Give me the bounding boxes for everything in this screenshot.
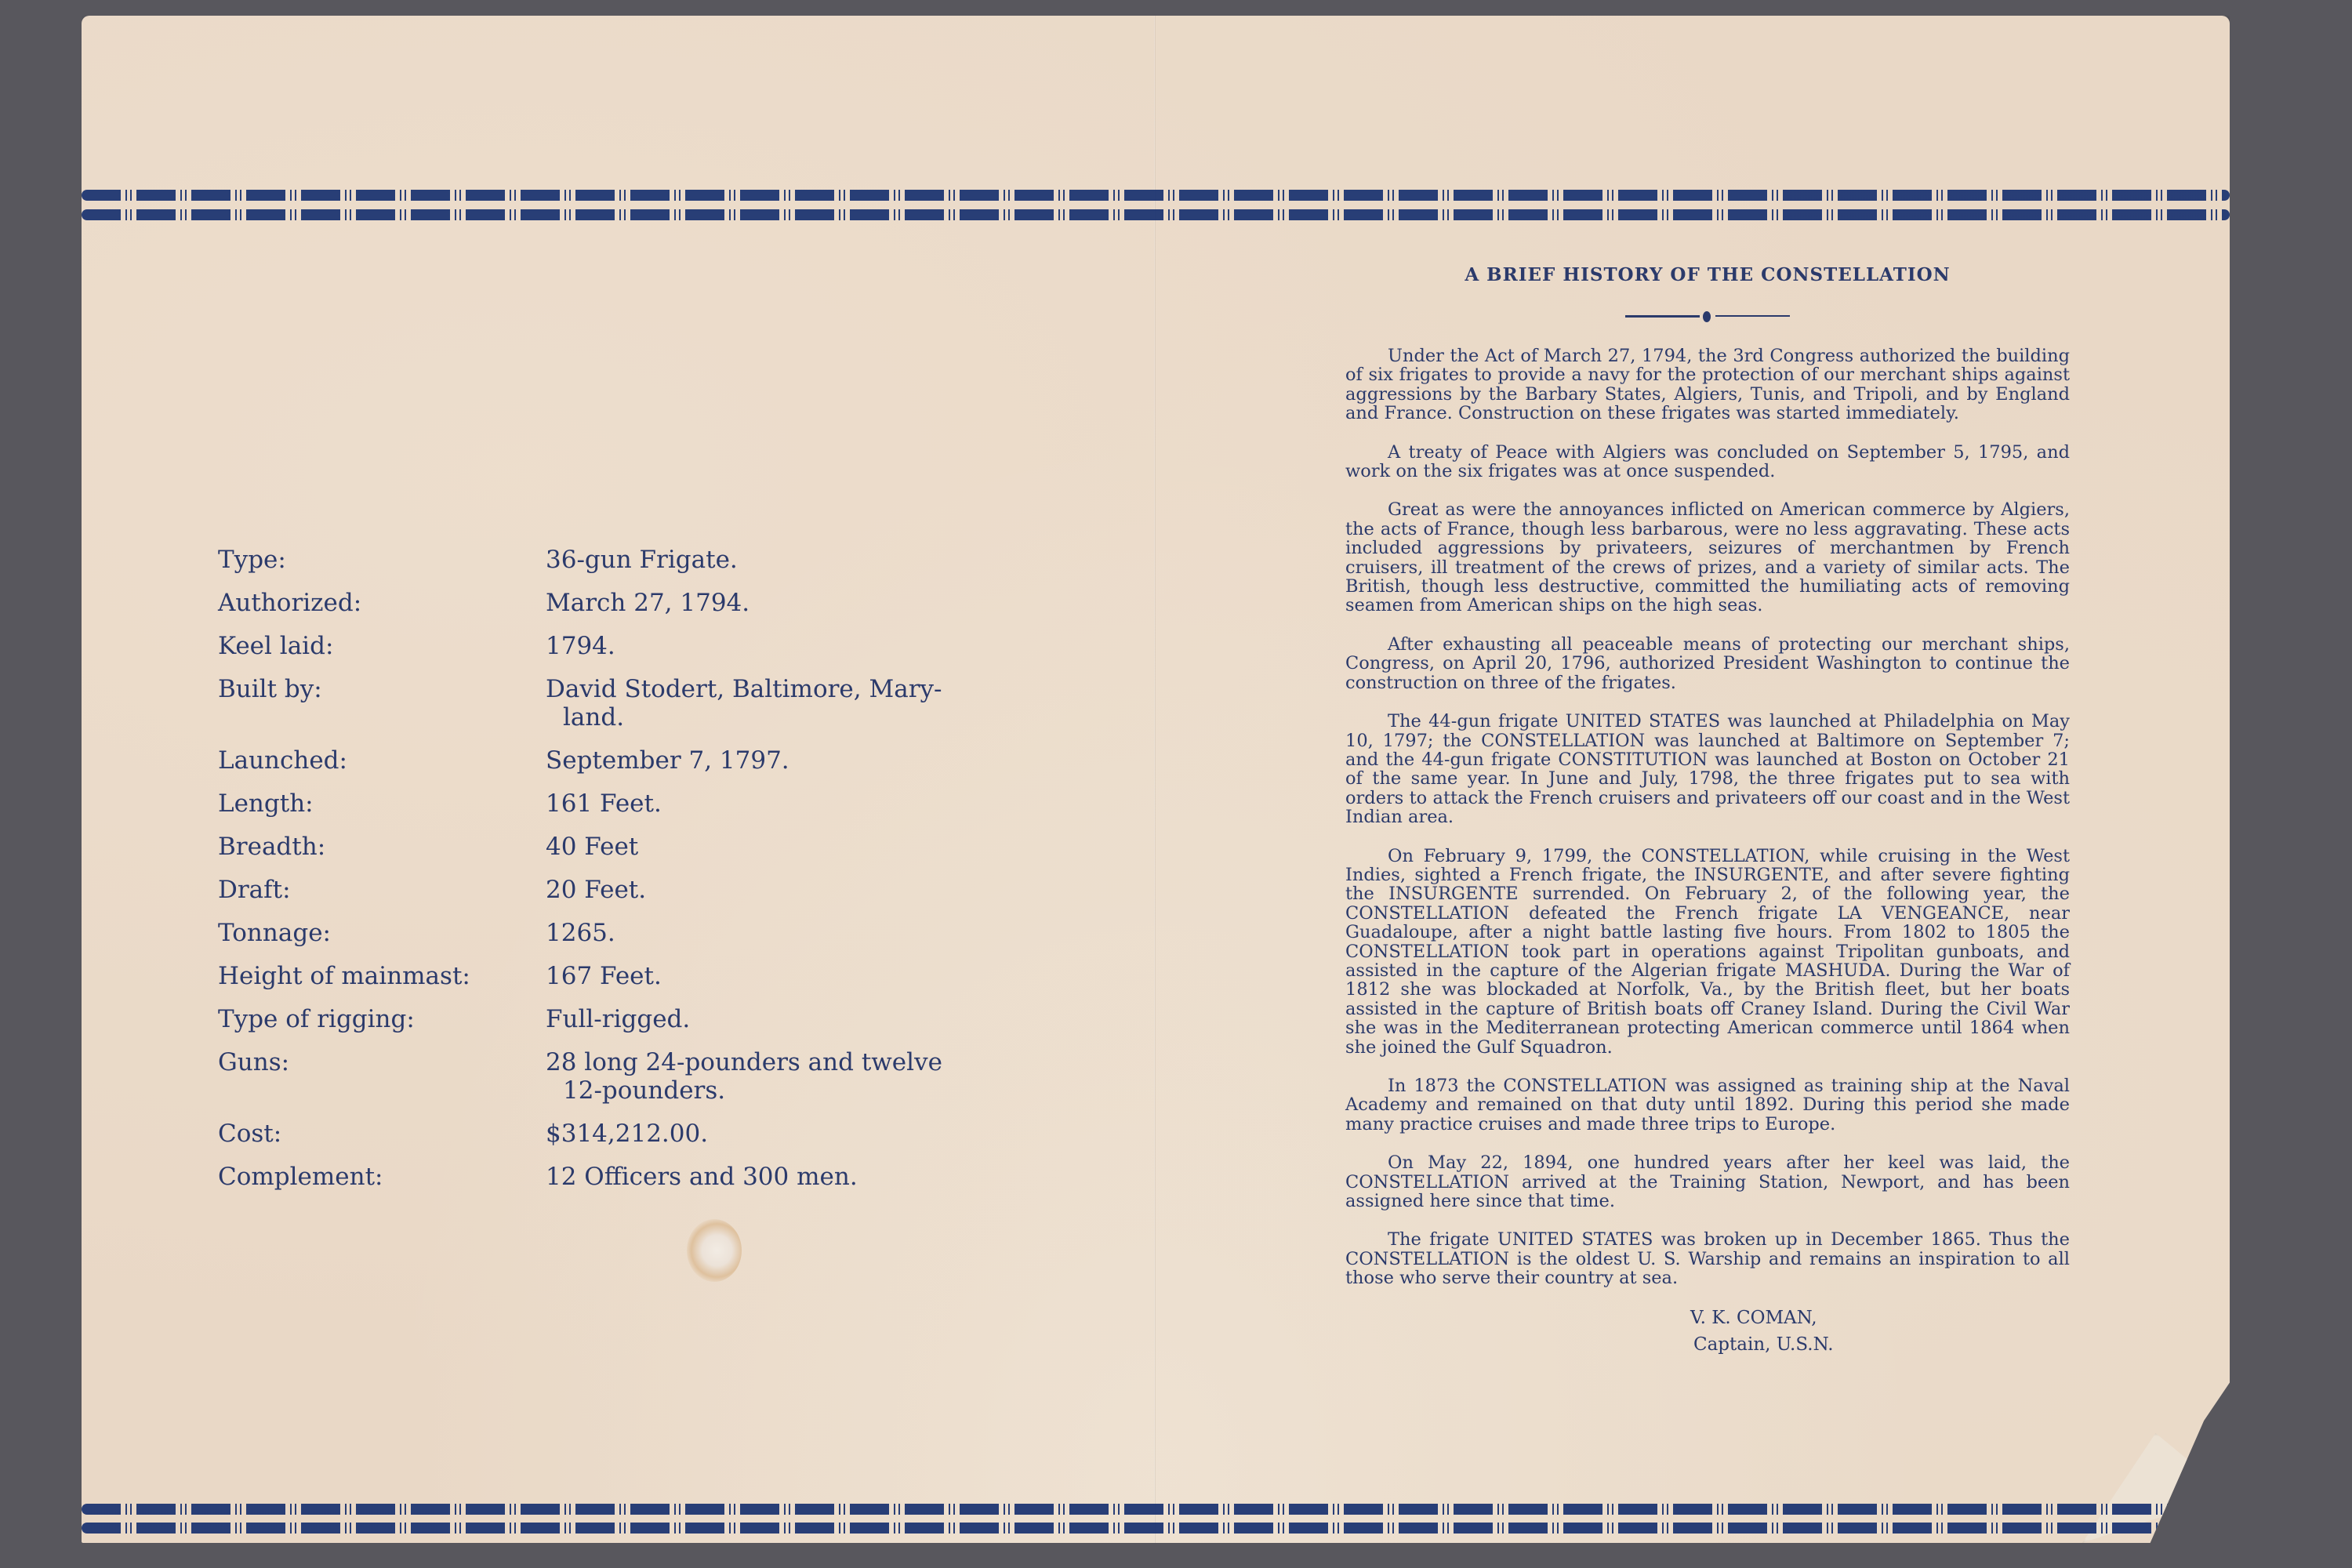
spec-row: Guns:28 long 24-pounders and twelve12-po… <box>218 1048 1080 1105</box>
center-fold <box>1154 16 1156 1543</box>
signature-title: Captain, U.S.N. <box>1690 1331 2070 1358</box>
spec-row: Built by:David Stodert, Baltimore, Mary-… <box>218 675 1080 731</box>
spec-label: Complement: <box>218 1163 546 1191</box>
spec-label: Guns: <box>218 1048 546 1105</box>
spec-value: 1265. <box>546 919 969 947</box>
top-chain-border <box>82 209 2230 220</box>
ornament-dot-icon <box>1703 311 1711 322</box>
spec-row: Breadth:40 Feet <box>218 833 1080 861</box>
spec-value-text: 1265. <box>546 919 615 947</box>
spec-label: Keel laid: <box>218 632 546 660</box>
spec-row: Tonnage:1265. <box>218 919 1080 947</box>
spec-value-continuation: 12-pounders. <box>546 1076 969 1105</box>
history-paragraph: On February 9, 1799, the CONSTELLATION, … <box>1345 847 2070 1057</box>
spec-value: March 27, 1794. <box>546 589 969 617</box>
spec-label: Built by: <box>218 675 546 731</box>
history-paragraph: On May 22, 1894, one hundred years after… <box>1345 1153 2070 1210</box>
spec-label: Height of mainmast: <box>218 962 546 990</box>
spec-label: Authorized: <box>218 589 546 617</box>
spec-row: Type:36-gun Frigate. <box>218 546 1080 574</box>
signature-block: V. K. COMAN, Captain, U.S.N. <box>1690 1305 2070 1358</box>
top-chain-border <box>82 190 2230 201</box>
spec-value-text: 1794. <box>546 632 615 660</box>
spec-value: 28 long 24-pounders and twelve12-pounder… <box>546 1048 969 1105</box>
spec-label: Type of rigging: <box>218 1005 546 1033</box>
spec-row: Authorized:March 27, 1794. <box>218 589 1080 617</box>
history-paragraph: The 44-gun frigate UNITED STATES was lau… <box>1345 712 2070 826</box>
spec-value-text: September 7, 1797. <box>546 746 789 775</box>
spec-value: 12 Officers and 300 men. <box>546 1163 969 1191</box>
spec-value: 1794. <box>546 632 969 660</box>
spec-value-text: 167 Feet. <box>546 962 662 990</box>
spec-value-continuation: land. <box>546 703 969 731</box>
history-paragraph: After exhausting all peaceable means of … <box>1345 635 2070 692</box>
spec-label: Type: <box>218 546 546 574</box>
history-paragraph: Under the Act of March 27, 1794, the 3rd… <box>1345 347 2070 423</box>
spec-value-text: 161 Feet. <box>546 789 662 818</box>
bottom-chain-border <box>82 1523 2230 1534</box>
spec-value-text: $314,212.00. <box>546 1120 708 1148</box>
spec-row: Cost:$314,212.00. <box>218 1120 1080 1148</box>
history-paragraph: In 1873 the CONSTELLATION was assigned a… <box>1345 1076 2070 1134</box>
spec-label: Tonnage: <box>218 919 546 947</box>
spec-label: Length: <box>218 789 546 818</box>
ornament-divider <box>1621 309 1794 325</box>
spec-value-text: March 27, 1794. <box>546 589 750 617</box>
bottom-chain-border <box>82 1504 2230 1515</box>
spec-value: 161 Feet. <box>546 789 969 818</box>
spec-row: Draft:20 Feet. <box>218 876 1080 904</box>
spec-value-text: 12 Officers and 300 men. <box>546 1163 858 1191</box>
spec-value: 40 Feet <box>546 833 969 861</box>
spec-value-text: David Stodert, Baltimore, Mary- <box>546 675 942 703</box>
spec-label: Breadth: <box>218 833 546 861</box>
spec-value-text: 40 Feet <box>546 833 638 861</box>
history-paragraph: The frigate UNITED STATES was broken up … <box>1345 1230 2070 1287</box>
spec-value: 36-gun Frigate. <box>546 546 969 574</box>
spec-label: Cost: <box>218 1120 546 1148</box>
spec-value-text: 20 Feet. <box>546 876 646 904</box>
spec-row: Complement:12 Officers and 300 men. <box>218 1163 1080 1191</box>
spec-row: Height of mainmast:167 Feet. <box>218 962 1080 990</box>
spec-label: Launched: <box>218 746 546 775</box>
signature-name: V. K. COMAN, <box>1690 1305 2070 1331</box>
spec-value-text: Full-rigged. <box>546 1005 690 1033</box>
spec-value: 167 Feet. <box>546 962 969 990</box>
spec-value-text: 28 long 24-pounders and twelve <box>546 1048 942 1076</box>
history-title: A BRIEF HISTORY OF THE CONSTELLATION <box>1345 263 2070 287</box>
spec-row: Type of rigging:Full-rigged. <box>218 1005 1080 1033</box>
spec-label: Draft: <box>218 876 546 904</box>
spec-value-text: 36-gun Frigate. <box>546 546 738 574</box>
spec-row: Length:161 Feet. <box>218 789 1080 818</box>
ornament-line-right <box>1715 315 1790 317</box>
spec-value: 20 Feet. <box>546 876 969 904</box>
spec-row: Launched:September 7, 1797. <box>218 746 1080 775</box>
paper-stain <box>687 1219 742 1282</box>
ship-specifications: Type:36-gun Frigate.Authorized:March 27,… <box>218 546 1080 1206</box>
spec-value: Full-rigged. <box>546 1005 969 1033</box>
spec-value: $314,212.00. <box>546 1120 969 1148</box>
spec-value: September 7, 1797. <box>546 746 969 775</box>
document-page: Type:36-gun Frigate.Authorized:March 27,… <box>82 16 2230 1543</box>
spec-row: Keel laid:1794. <box>218 632 1080 660</box>
ornament-line-left <box>1625 315 1700 318</box>
history-paragraph: A treaty of Peace with Algiers was concl… <box>1345 443 2070 481</box>
history-paragraph: Great as were the annoyances inflicted o… <box>1345 500 2070 615</box>
spec-value: David Stodert, Baltimore, Mary-land. <box>546 675 969 731</box>
history-section: A BRIEF HISTORY OF THE CONSTELLATION Und… <box>1345 263 2070 1358</box>
